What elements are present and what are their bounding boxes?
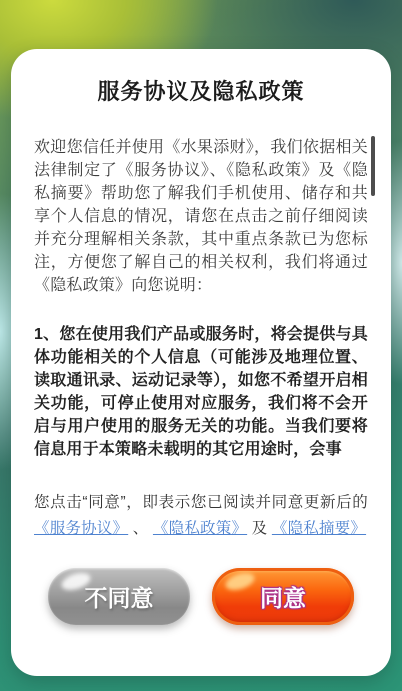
privacy-summary-link[interactable]: 《隐私摘要》 — [272, 520, 366, 537]
button-row: 不同意 同意 — [34, 568, 368, 625]
policy-paragraph-item1: 1、您在使用我们产品或服务时，将会提供与具体功能相关的个人信息（可能涉及地理位置… — [34, 323, 368, 461]
scrollbar-thumb[interactable] — [371, 136, 375, 196]
app-background: 服务协议及隐私政策 欢迎您信任并使用《水果添财》，我们依据相关法律制定了《服务协… — [0, 0, 402, 691]
separator-comma: 、 — [133, 520, 149, 537]
agree-button[interactable]: 同意 — [212, 568, 354, 625]
privacy-policy-link[interactable]: 《隐私政策》 — [153, 520, 247, 537]
policy-paragraph-intro: 欢迎您信任并使用《水果添财》，我们依据相关法律制定了《服务协议》、《隐私政策》及… — [34, 136, 368, 297]
service-agreement-link[interactable]: 《服务协议》 — [34, 520, 128, 537]
privacy-policy-dialog: 服务协议及隐私政策 欢迎您信任并使用《水果添财》，我们依据相关法律制定了《服务协… — [11, 49, 391, 676]
consent-note: 您点击“同意”，即表示您已阅读并同意更新后的 《服务协议》 、 《隐私政策》 及… — [34, 490, 368, 542]
consent-note-text: 您点击“同意”，即表示您已阅读并同意更新后的 — [34, 494, 368, 511]
separator-and: 及 — [252, 520, 268, 537]
policy-text-area[interactable]: 欢迎您信任并使用《水果添财》，我们依据相关法律制定了《服务协议》、《隐私政策》及… — [34, 136, 368, 461]
disagree-button[interactable]: 不同意 — [48, 568, 190, 625]
dialog-title: 服务协议及隐私政策 — [34, 79, 368, 105]
